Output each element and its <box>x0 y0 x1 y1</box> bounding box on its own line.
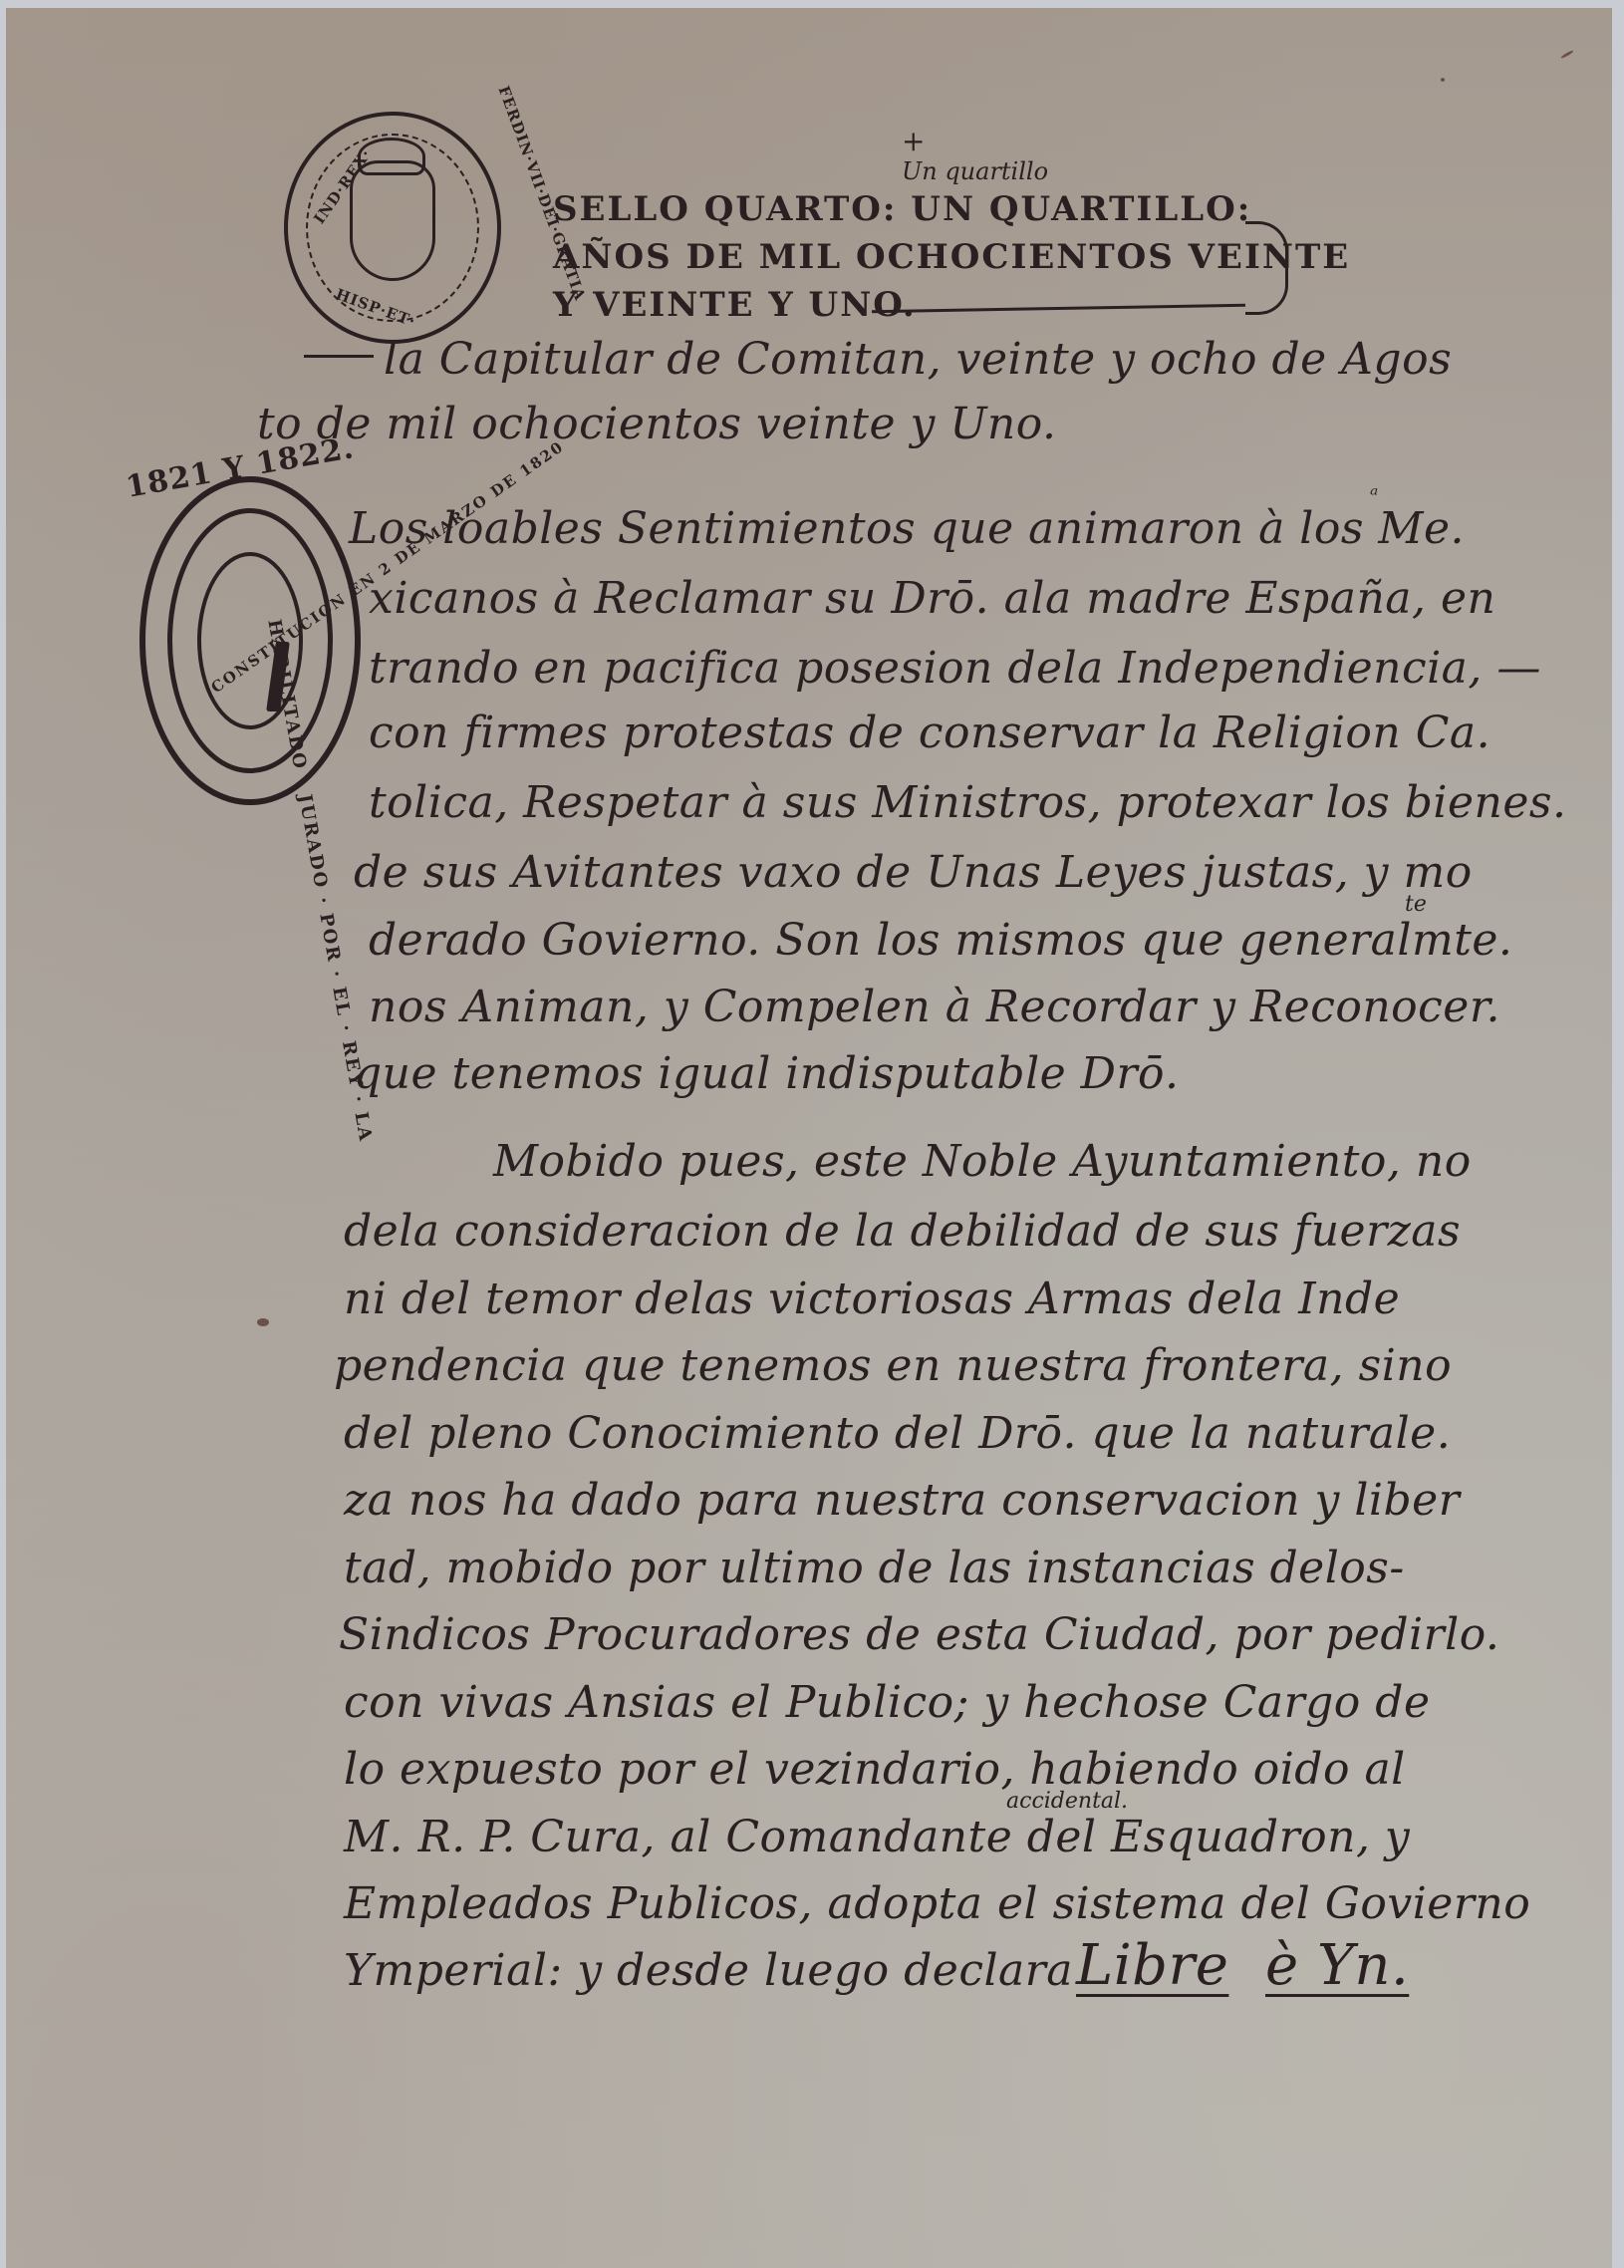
stamp-line-3: Y VEINTE Y UNO. <box>553 285 917 325</box>
habilitation-seal <box>139 476 361 805</box>
paragraph-2-line: con vivas Ansias el Publico; y hechose C… <box>344 1677 1430 1728</box>
paragraph-1-line: que tenemos igual indisputable Drō. <box>354 1048 1179 1099</box>
paragraph-1-line: con firmes protestas de conservar la Rel… <box>369 708 1490 758</box>
dateline-lead-dash <box>304 355 374 358</box>
paragraph-1-line: Los loables Sentimientos que animaron à … <box>349 503 1465 554</box>
paragraph-2-line: za nos ha dado para nuestra conservacion… <box>344 1475 1460 1526</box>
paragraph-2-line: Ymperial: y desde luego declara <box>344 1945 1073 1996</box>
interlinear-note: accidental. <box>1006 1789 1128 1814</box>
coat-of-arms-icon <box>350 160 435 281</box>
dateline-line-2: to de mil ochocientos veinte y Uno. <box>257 399 1056 449</box>
paragraph-2-line: del pleno Conocimiento del Drō. que la n… <box>344 1408 1451 1459</box>
paragraph-1-line: xicanos à Reclamar su Drō. ala madre Esp… <box>369 573 1495 624</box>
paragraph-2-line: Mobido pues, este Noble Ayuntamiento, no <box>493 1136 1472 1187</box>
stamp-line-1: SELLO QUARTO: UN QUARTILLO: <box>553 189 1251 229</box>
stamp-bracket-flourish <box>1245 221 1288 315</box>
dateline-line-1: la Capitular de Comitan, veinte y ocho d… <box>384 334 1452 385</box>
handwritten-quartillo-note: Un quartillo <box>902 157 1048 185</box>
paper-speck <box>1441 78 1445 82</box>
paragraph-1-line: derado Govierno. Son los mismos que gene… <box>369 915 1512 966</box>
closing-e-yn: è Yn. <box>1265 1933 1409 1998</box>
paragraph-2-line: tad, mobido por ultimo de las instancias… <box>344 1543 1405 1593</box>
paragraph-2-line: ni del temor delas victoriosas Armas del… <box>344 1274 1400 1324</box>
paragraph-1-line: nos Animan, y Compelen à Recordar y Reco… <box>369 982 1500 1032</box>
cross-mark-icon: + <box>902 125 925 157</box>
stamp-line-2: AÑOS DE MIL OCHOCIENTOS VEINTE <box>553 237 1350 277</box>
paragraph-2-line: M. R. P. Cura, al Comandante del Esquadr… <box>344 1812 1410 1862</box>
paragraph-2-line: dela consideracion de la debilidad de su… <box>344 1206 1461 1257</box>
closing-libre: Libre <box>1076 1933 1228 1998</box>
paragraph-2-line: lo expuesto por el vezindario, habiendo … <box>344 1744 1406 1795</box>
paragraph-2-line: pendencia que tenemos en nuestra fronter… <box>334 1340 1452 1391</box>
superscript-mark: ᵃ <box>1370 483 1378 508</box>
paragraph-1-line: tolica, Respetar à sus Ministros, protex… <box>369 777 1566 828</box>
paragraph-2-line: Empleados Publicos, adopta el sistema de… <box>344 1878 1530 1929</box>
superscript-te: te <box>1405 892 1427 917</box>
paper-speck <box>1560 50 1574 60</box>
paragraph-2-line: Sindicos Procuradores de esta Ciudad, po… <box>339 1609 1499 1660</box>
paper-speck <box>257 1318 269 1326</box>
paragraph-1-line: de sus Avitantes vaxo de Unas Leyes just… <box>354 847 1473 898</box>
paragraph-1-line: trando en pacifica posesion dela Indepen… <box>369 643 1541 694</box>
